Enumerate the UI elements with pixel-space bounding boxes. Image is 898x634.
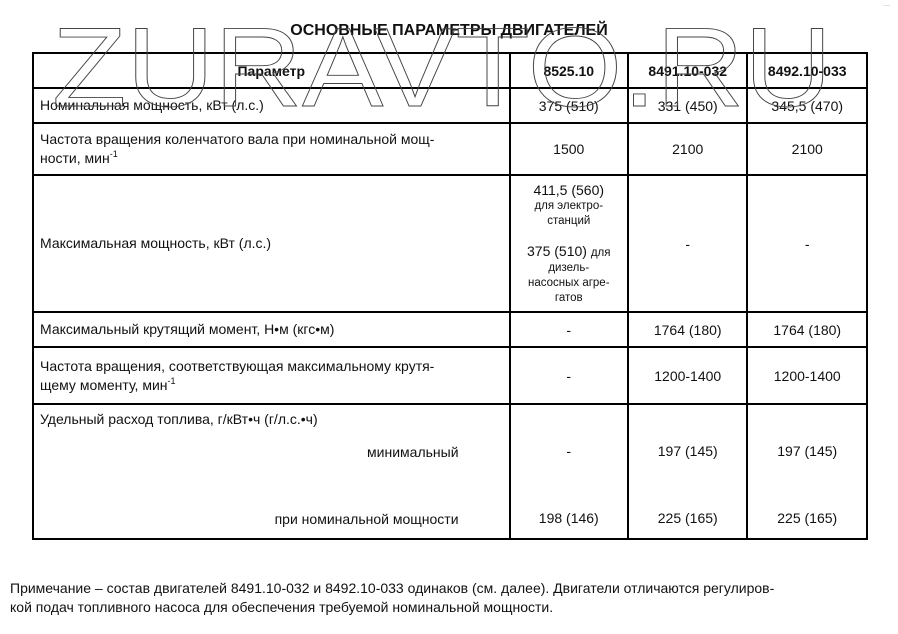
max-power-value-2: 375 (510) bbox=[527, 243, 587, 259]
unit-superscript: -1 bbox=[110, 149, 118, 159]
fuel-nom-value: 225 (165) bbox=[754, 510, 860, 526]
fuel-consumption-label: Удельный расход топлива, г/кВт•ч (г/л.с.… bbox=[40, 410, 318, 429]
table-cell: 1200-1400 bbox=[628, 347, 747, 404]
table-cell: 1200-1400 bbox=[747, 347, 867, 404]
table-row: Удельный расход топлива, г/кВт•ч (г/л.с.… bbox=[33, 404, 867, 539]
param-crankshaft-speed: Частота вращения коленчатого вала при но… bbox=[33, 123, 510, 175]
max-power-note-2b: насосных агре- bbox=[517, 276, 621, 291]
header-engine-8492: 8492.10-033 bbox=[747, 53, 867, 88]
table-cell: 2100 bbox=[628, 123, 747, 175]
max-power-note-1a: для электро- bbox=[517, 199, 621, 214]
max-power-note-2a: дизель- bbox=[517, 261, 621, 276]
param-text-line2: щему моменту, мин bbox=[40, 377, 168, 393]
table-cell: 1764 (180) bbox=[747, 312, 867, 347]
footnote: Примечание – состав двигателей 8491.10-0… bbox=[10, 579, 890, 617]
fuel-min-value: 197 (145) bbox=[754, 443, 860, 459]
header-engine-8525: 8525.10 bbox=[510, 53, 628, 88]
fuel-sub-minimal: минимальный bbox=[367, 443, 459, 462]
corner-mark: ·— bbox=[882, 3, 890, 9]
param-max-power: Максимальная мощность, кВт (л.с.) bbox=[33, 175, 510, 312]
table-cell: 1764 (180) bbox=[628, 312, 747, 347]
table-cell: - bbox=[628, 175, 747, 312]
table-cell: 1500 bbox=[510, 123, 628, 175]
param-max-torque-speed: Частота вращения, соответствующая максим… bbox=[33, 347, 510, 404]
table-row: Номинальная мощность, кВт (л.с.) 375 (51… bbox=[33, 88, 867, 123]
table-row: Частота вращения, соответствующая максим… bbox=[33, 347, 867, 404]
param-nominal-power: Номинальная мощность, кВт (л.с.) bbox=[33, 88, 510, 123]
table-row: Максимальный крутящий момент, Н•м (кгс•м… bbox=[33, 312, 867, 347]
table-cell: - bbox=[510, 347, 628, 404]
table-cell: 375 (510) bbox=[510, 88, 628, 123]
table-cell: - bbox=[747, 175, 867, 312]
max-power-note-2c: гатов bbox=[517, 291, 621, 306]
table-cell: - bbox=[510, 312, 628, 347]
fuel-min-value: - bbox=[517, 443, 621, 459]
header-parameter: Параметр bbox=[33, 53, 510, 88]
max-power-note-2-inline: для bbox=[591, 247, 611, 259]
max-power-note-1b: станций bbox=[517, 214, 621, 229]
header-engine-8491: 8491.10-032 bbox=[628, 53, 747, 88]
table-row: Максимальная мощность, кВт (л.с.) 411,5 … bbox=[33, 175, 867, 312]
unit-superscript: -1 bbox=[168, 376, 176, 386]
max-power-value-1: 411,5 (560) bbox=[517, 182, 621, 199]
table-cell: 411,5 (560) для электро- станций 375 (51… bbox=[510, 175, 628, 312]
table-cell: 2100 bbox=[747, 123, 867, 175]
param-text-line1: Частота вращения, соответствующая максим… bbox=[40, 358, 434, 374]
table-cell: 197 (145) 225 (165) bbox=[747, 404, 867, 539]
param-text-line1: Частота вращения коленчатого вала при но… bbox=[40, 131, 434, 147]
fuel-min-value: 197 (145) bbox=[635, 443, 740, 459]
footnote-line1: Примечание – состав двигателей 8491.10-0… bbox=[10, 579, 890, 598]
table-cell: 331 (450) bbox=[628, 88, 747, 123]
param-max-torque: Максимальный крутящий момент, Н•м (кгс•м… bbox=[33, 312, 510, 347]
max-power-detail: 411,5 (560) для электро- станций 375 (51… bbox=[517, 178, 621, 310]
param-text-line2: ности, мин bbox=[40, 150, 110, 166]
table-cell: 345,5 (470) bbox=[747, 88, 867, 123]
fuel-sub-nominal: при номинальной мощности bbox=[275, 510, 459, 529]
fuel-nom-value: 225 (165) bbox=[635, 510, 740, 526]
param-fuel-consumption: Удельный расход топлива, г/кВт•ч (г/л.с.… bbox=[33, 404, 510, 539]
engine-parameters-table: Параметр 8525.10 8491.10-032 8492.10-033… bbox=[32, 52, 868, 540]
page-title: ОСНОВНЫЕ ПАРАМЕТРЫ ДВИГАТЕЛЕЙ bbox=[0, 22, 898, 40]
table-header-row: Параметр 8525.10 8491.10-032 8492.10-033 bbox=[33, 53, 867, 88]
table-cell: - 198 (146) bbox=[510, 404, 628, 539]
table-row: Частота вращения коленчатого вала при но… bbox=[33, 123, 867, 175]
footnote-line2: кой подач топливного насоса для обеспече… bbox=[10, 598, 890, 617]
table-cell: 197 (145) 225 (165) bbox=[628, 404, 747, 539]
fuel-nom-value: 198 (146) bbox=[517, 510, 621, 526]
